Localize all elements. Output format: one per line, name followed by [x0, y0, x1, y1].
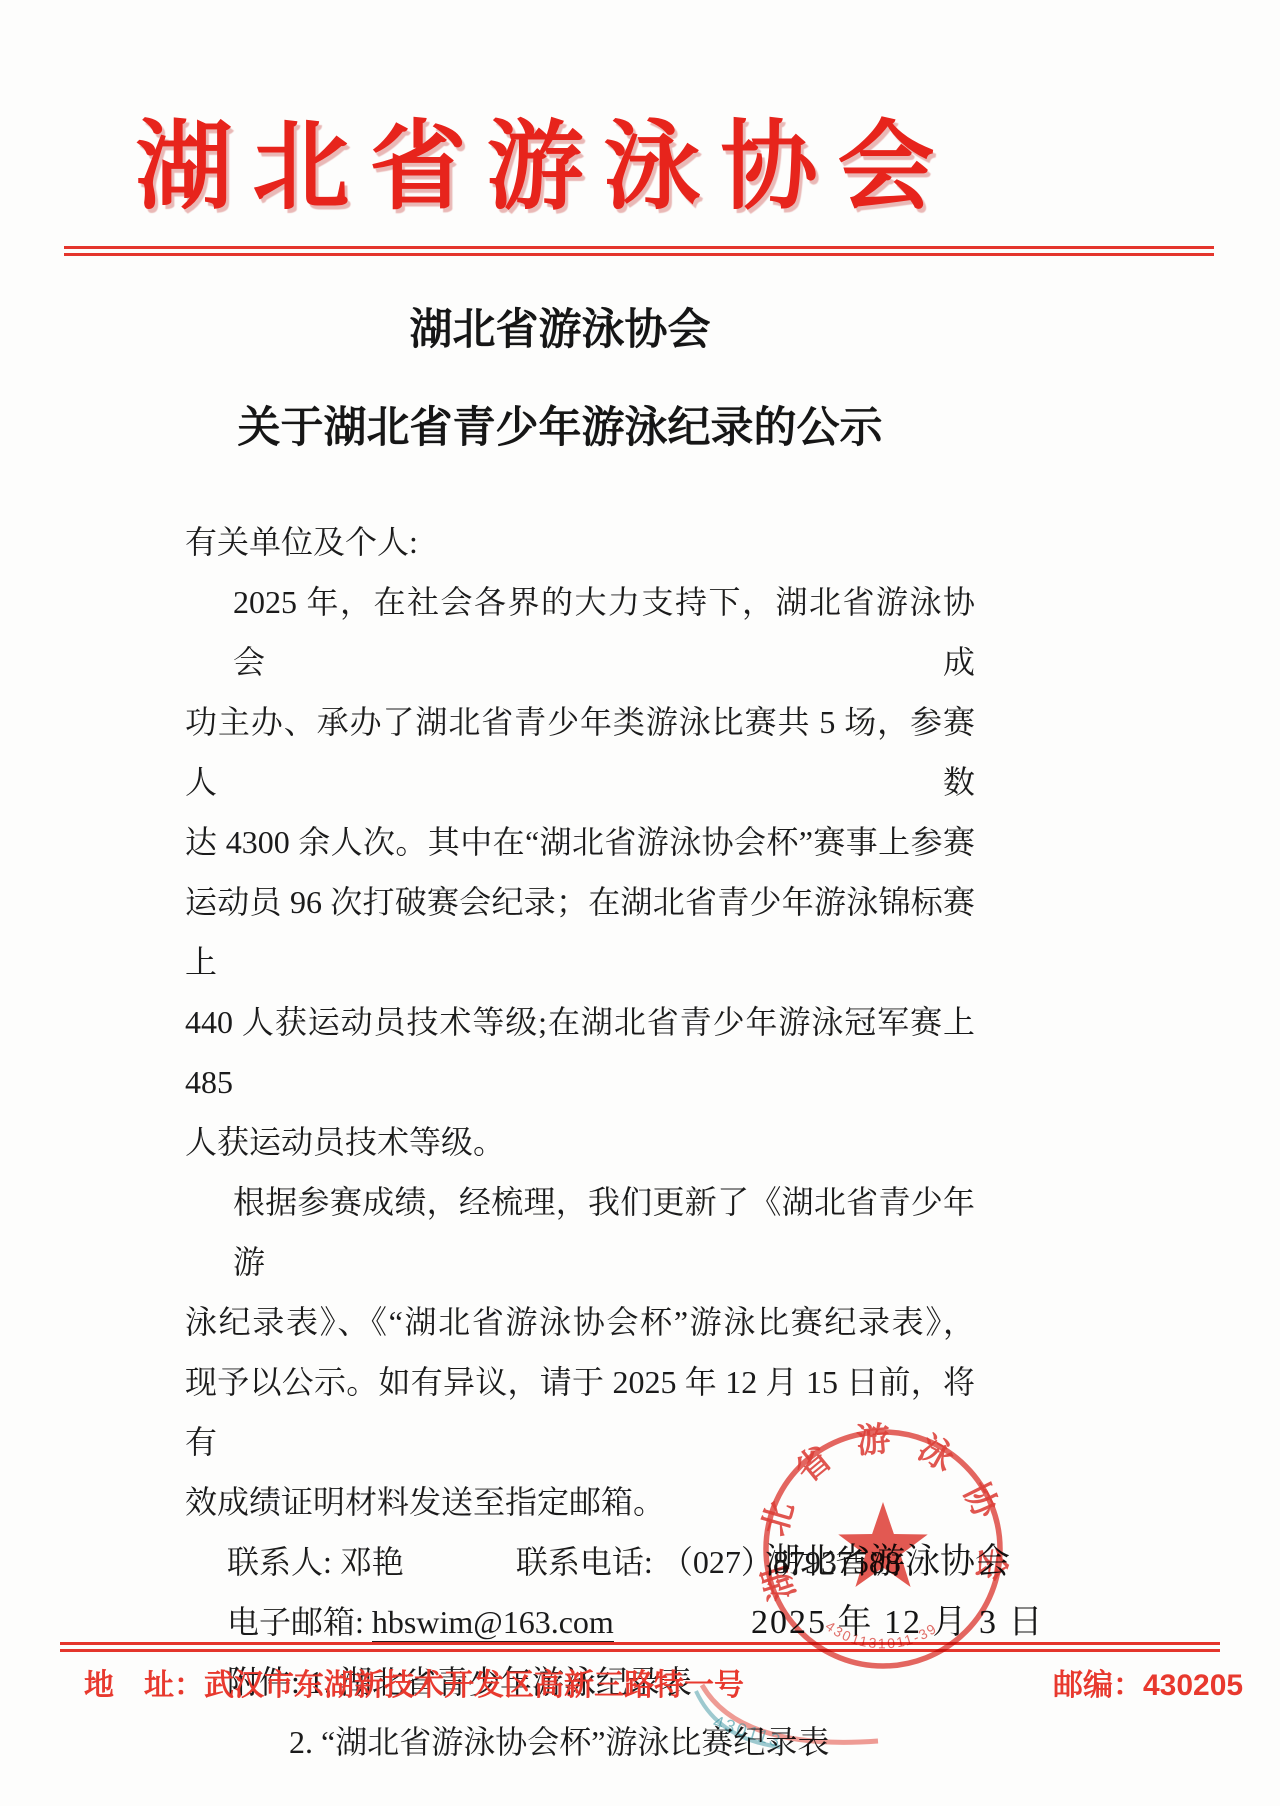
body-line: 440 人获运动员技术等级;在湖北省青少年游泳冠军赛上 485 — [185, 992, 975, 1112]
svg-text:4301131011-39: 4301131011-39 — [823, 1618, 941, 1652]
body-line: 运动员 96 次打破赛会纪录；在湖北省青少年游泳锦标赛上 — [185, 872, 975, 992]
body-line: 2025 年，在社会各界的大力支持下，湖北省游泳协会成 — [185, 572, 975, 692]
body-line: 达 4300 余人次。其中在“湖北省游泳协会杯”赛事上参赛 — [185, 812, 975, 872]
seal-star-icon — [838, 1502, 927, 1587]
body-line: 根据参赛成绩，经梳理，我们更新了《湖北省青少年游 — [185, 1172, 975, 1292]
body-line: 功主办、承办了湖北省青少年类游泳比赛共 5 场，参赛人数 — [185, 692, 975, 812]
letterhead-org-title: 湖北省游泳协会 — [0, 88, 1090, 228]
seal-fragment-code: 430113 — [711, 1712, 784, 1752]
official-seal-stamp: 湖北省游泳协会 4301131011-39 430113 — [640, 1395, 1060, 1775]
contact-person-name: 邓艳 — [340, 1544, 404, 1580]
body-line: 人获运动员技术等级。 — [185, 1112, 975, 1172]
email-address: hbswim@163.com — [372, 1604, 614, 1643]
document-title: 湖北省游泳协会 — [0, 296, 1120, 357]
seal-serial: 4301131011-39 — [823, 1618, 941, 1652]
document-page: { "header": { "org_title": "湖北省游泳协会" }, … — [0, 0, 1280, 1806]
contact-phone-label: 联系电话: — [516, 1544, 653, 1580]
document-subtitle: 关于湖北省青少年游泳纪录的公示 — [0, 394, 1120, 455]
contact-person-label: 联系人: — [227, 1544, 332, 1580]
body-line: 泳纪录表》、《“湖北省游泳协会杯”游泳比赛纪录表》， — [185, 1292, 975, 1352]
letterhead-divider — [64, 246, 1214, 256]
email-label: 电子邮箱: — [227, 1604, 364, 1640]
footer-postcode: 邮编：430205 — [1053, 1660, 1243, 1704]
salutation: 有关单位及个人: — [185, 512, 975, 572]
